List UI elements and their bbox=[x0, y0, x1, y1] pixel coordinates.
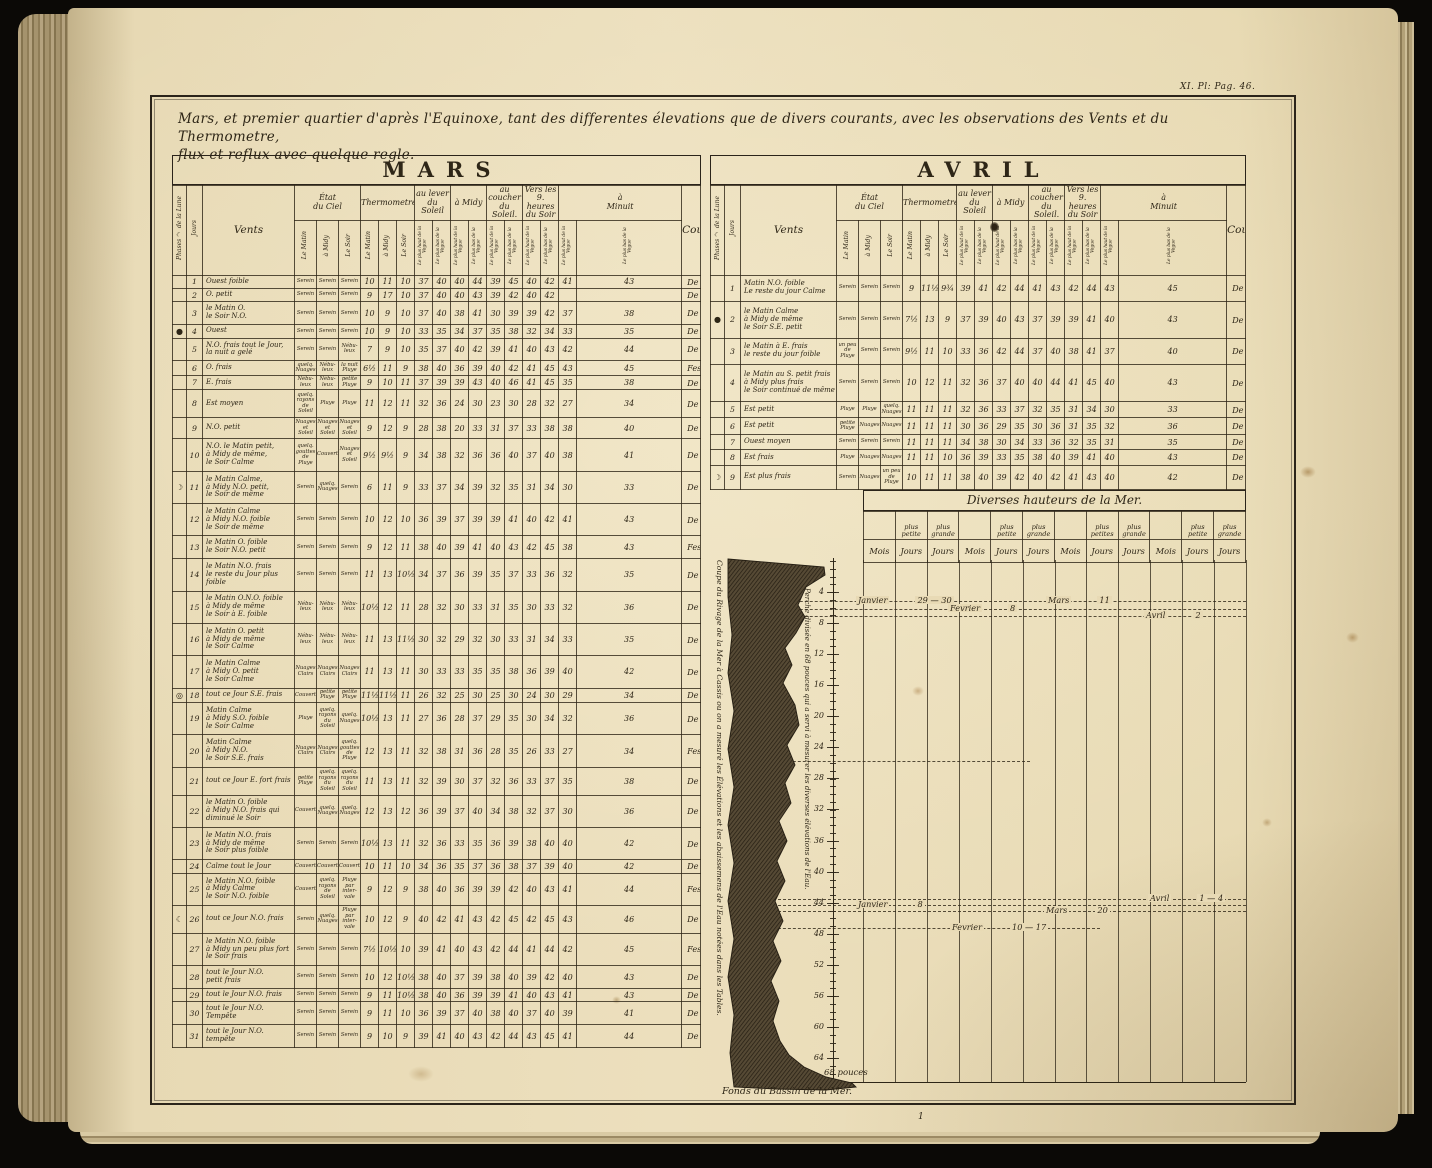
sea-bottom-line bbox=[846, 1082, 1246, 1083]
book-photo: XI. Pl: Pag. 46. Mars, et premier quarti… bbox=[0, 0, 1432, 1168]
chart-column-line-9 bbox=[1150, 560, 1151, 1082]
lower-annotation-janvier-days: 8 bbox=[915, 900, 924, 908]
upper-annotation-avril: Avril2 bbox=[1144, 611, 1203, 619]
chart-column-line-3 bbox=[959, 560, 960, 1082]
lower-annotation-avril: Avril1 — 4 bbox=[1148, 894, 1225, 902]
lower-annotation-mars: Mars20 bbox=[1044, 906, 1110, 914]
shore-profile-drawing bbox=[706, 553, 876, 1098]
upper-annotation-avril-month: Avril bbox=[1144, 611, 1167, 619]
lower-annotation-avril-days: 1 — 4 bbox=[1197, 894, 1225, 902]
sea-bottom-label: Fonds du Bassin de la Mer. bbox=[722, 1086, 852, 1097]
upper-annotation-mars-month: Mars bbox=[1046, 596, 1071, 604]
lower-annotation-mars-month: Mars bbox=[1044, 906, 1069, 914]
chart-column-line-1 bbox=[895, 560, 896, 1082]
lower-annotation-avril-month: Avril bbox=[1148, 894, 1171, 902]
chart-column-line-12 bbox=[1246, 560, 1247, 1082]
chart-column-line-4 bbox=[991, 560, 992, 1082]
upper-annotation-mars-days: 11 bbox=[1097, 596, 1111, 604]
chart-column-line-11 bbox=[1214, 560, 1215, 1082]
chart-column-line-2 bbox=[927, 560, 928, 1082]
upper-annotation-fevrier: Fevrier8 bbox=[948, 604, 1017, 612]
upper-annotation-fevrier-month: Fevrier bbox=[948, 604, 982, 612]
upper-annotation-janvier-days: 29 — 30 bbox=[915, 596, 953, 604]
shore-profile-caption: Coupe du Rivage de la Mer à Cassis ou on… bbox=[714, 560, 724, 1080]
scale-end-label: 68 pouces bbox=[824, 1068, 868, 1078]
chart-column-line-7 bbox=[1086, 560, 1087, 1082]
chart-column-line-6 bbox=[1055, 560, 1056, 1082]
lower-annotation-fevrier-month: Fevrier bbox=[950, 923, 984, 931]
sheet-signature: 1 bbox=[918, 1112, 924, 1122]
lower-annotation-fevrier-days: 10 — 17 bbox=[1010, 923, 1048, 931]
lower-annotation-fevrier: Fevrier10 — 17 bbox=[950, 923, 1048, 931]
chart-column-line-5 bbox=[1023, 560, 1024, 1082]
perche-caption: Perche divisée en 68 pouces qui a servi … bbox=[803, 588, 812, 1008]
lower-annotation-mars-days: 20 bbox=[1095, 906, 1109, 914]
upper-annotation-avril-days: 2 bbox=[1193, 611, 1202, 619]
upper-annotation-fevrier-days: 8 bbox=[1008, 604, 1017, 612]
chart-column-line-10 bbox=[1182, 560, 1183, 1082]
upper-annotation-mars: Mars11 bbox=[1046, 596, 1112, 604]
chart-column-line-8 bbox=[1118, 560, 1119, 1082]
